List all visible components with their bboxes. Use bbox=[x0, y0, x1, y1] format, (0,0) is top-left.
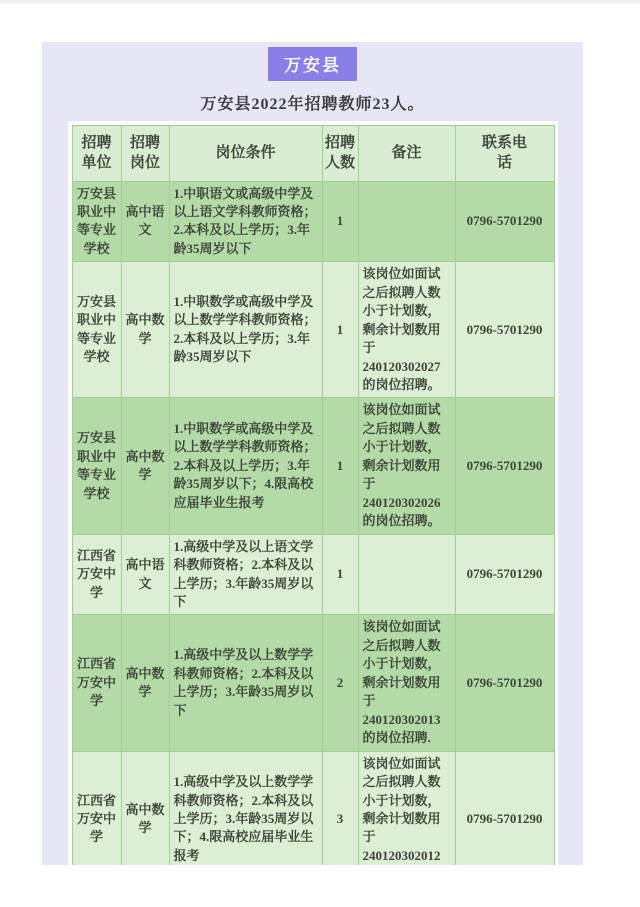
page-title-prefix: 万安县2022年招聘教师 bbox=[200, 96, 372, 113]
requirements-cell: 1.中职语文或高级中学及以上语文学科教师资格；2.本科及以上学历；3.年龄35周… bbox=[169, 181, 322, 262]
remark-cell bbox=[358, 181, 455, 262]
count-cell: 1 bbox=[322, 534, 358, 615]
position-cell: 高中数学 bbox=[121, 751, 169, 865]
table-row: 江西省万安中学 高中语文 1.高级中学及以上语文学科教师资格；2.本科及以上学历… bbox=[72, 534, 554, 615]
phone-cell: 0796-5701290 bbox=[455, 751, 554, 865]
table-row: 万安县职业中等专业学校 高中数学 1.中职数学或高级中学及以上数学学科教师资格；… bbox=[72, 262, 554, 398]
recruitment-table: 招聘 单位 招聘 岗位 岗位条件 招聘 人数 备注 联系电 话 万安县职业中等专… bbox=[72, 125, 555, 865]
count-cell: 2 bbox=[322, 615, 358, 751]
remark-cell: 该岗位如面试之后拟聘人数小于计划数，剩余计划数用于240120302012的岗位… bbox=[358, 751, 455, 865]
header-cell-unit: 招聘 单位 bbox=[72, 126, 121, 182]
table-row: 万安县职业中等专业学校 高中语文 1.中职语文或高级中学及以上语文学科教师资格；… bbox=[72, 181, 554, 262]
table-header-row: 招聘 单位 招聘 岗位 岗位条件 招聘 人数 备注 联系电 话 bbox=[72, 126, 554, 182]
remark-cell: 该岗位如面试之后拟聘人数小于计划数，剩余计划数用于240120302026的岗位… bbox=[358, 398, 455, 534]
county-badge: 万安县 bbox=[268, 47, 357, 81]
count-cell: 3 bbox=[322, 751, 358, 865]
remark-cell bbox=[358, 534, 455, 615]
requirements-cell: 1.中职数学或高级中学及以上数学学科教师资格；2.本科及以上学历；3.年龄35周… bbox=[169, 262, 322, 398]
phone-cell: 0796-5701290 bbox=[455, 615, 554, 751]
position-cell: 高中数学 bbox=[121, 262, 169, 398]
header-cell-remark: 备注 bbox=[358, 126, 455, 182]
header-cell-phone: 联系电 话 bbox=[455, 126, 554, 182]
count-cell: 1 bbox=[322, 262, 358, 398]
count-cell: 1 bbox=[322, 181, 358, 262]
position-cell: 高中语文 bbox=[121, 534, 169, 615]
table-row: 万安县职业中等专业学校 高中数学 1.中职数学或高级中学及以上数学学科教师资格；… bbox=[72, 398, 554, 534]
table-row: 江西省万安中学 高中数学 1.高级中学及以上数学学科教师资格；2.本科及以上学历… bbox=[72, 615, 554, 751]
phone-cell: 0796-5701290 bbox=[455, 262, 554, 398]
position-cell: 高中语文 bbox=[121, 181, 169, 262]
page: 万安县 万安县2022年招聘教师23人。 招聘 单位 招聘 岗位 岗位条件 招聘… bbox=[0, 0, 640, 907]
header-cell-count: 招聘 人数 bbox=[322, 126, 358, 182]
phone-cell: 0796-5701290 bbox=[455, 534, 554, 615]
requirements-cell: 1.中职数学或高级中学及以上数学学科教师资格；2.本科及以上学历；3.年龄35周… bbox=[169, 398, 322, 534]
unit-cell: 江西省万安中学 bbox=[72, 751, 121, 865]
remark-cell: 该岗位如面试之后拟聘人数小于计划数，剩余计划数用于240120302027的岗位… bbox=[358, 262, 455, 398]
page-top-edge bbox=[0, 0, 640, 3]
header-cell-position: 招聘 岗位 bbox=[121, 126, 169, 182]
page-title-count: 23人 bbox=[372, 96, 407, 113]
requirements-cell: 1.高级中学及以上数学学科教师资格；2.本科及以上学历；3.年龄35周岁以下；4… bbox=[169, 751, 322, 865]
page-title-suffix: 。 bbox=[408, 96, 425, 113]
requirements-cell: 1.高级中学及以上语文学科教师资格；2.本科及以上学历；3.年龄35周岁以下 bbox=[169, 534, 322, 615]
table-row: 江西省万安中学 高中数学 1.高级中学及以上数学学科教师资格；2.本科及以上学历… bbox=[72, 751, 554, 865]
header-cell-requirements: 岗位条件 bbox=[169, 126, 322, 182]
table-panel: 招聘 单位 招聘 岗位 岗位条件 招聘 人数 备注 联系电 话 万安县职业中等专… bbox=[68, 121, 558, 865]
unit-cell: 万安县职业中等专业学校 bbox=[72, 262, 121, 398]
page-title: 万安县2022年招聘教师23人。 bbox=[42, 91, 583, 114]
unit-cell: 江西省万安中学 bbox=[72, 615, 121, 751]
phone-cell: 0796-5701290 bbox=[455, 398, 554, 534]
count-cell: 1 bbox=[322, 398, 358, 534]
content-area: 万安县 万安县2022年招聘教师23人。 招聘 单位 招聘 岗位 岗位条件 招聘… bbox=[42, 42, 583, 865]
phone-cell: 0796-5701290 bbox=[455, 181, 554, 262]
unit-cell: 江西省万安中学 bbox=[72, 534, 121, 615]
position-cell: 高中数学 bbox=[121, 398, 169, 534]
position-cell: 高中数学 bbox=[121, 615, 169, 751]
requirements-cell: 1.高级中学及以上数学学科教师资格；2.本科及以上学历；3.年龄35周岁以下 bbox=[169, 615, 322, 751]
unit-cell: 万安县职业中等专业学校 bbox=[72, 181, 121, 262]
remark-cell: 该岗位如面试之后拟聘人数小于计划数，剩余计划数用于240120302013的岗位… bbox=[358, 615, 455, 751]
unit-cell: 万安县职业中等专业学校 bbox=[72, 398, 121, 534]
